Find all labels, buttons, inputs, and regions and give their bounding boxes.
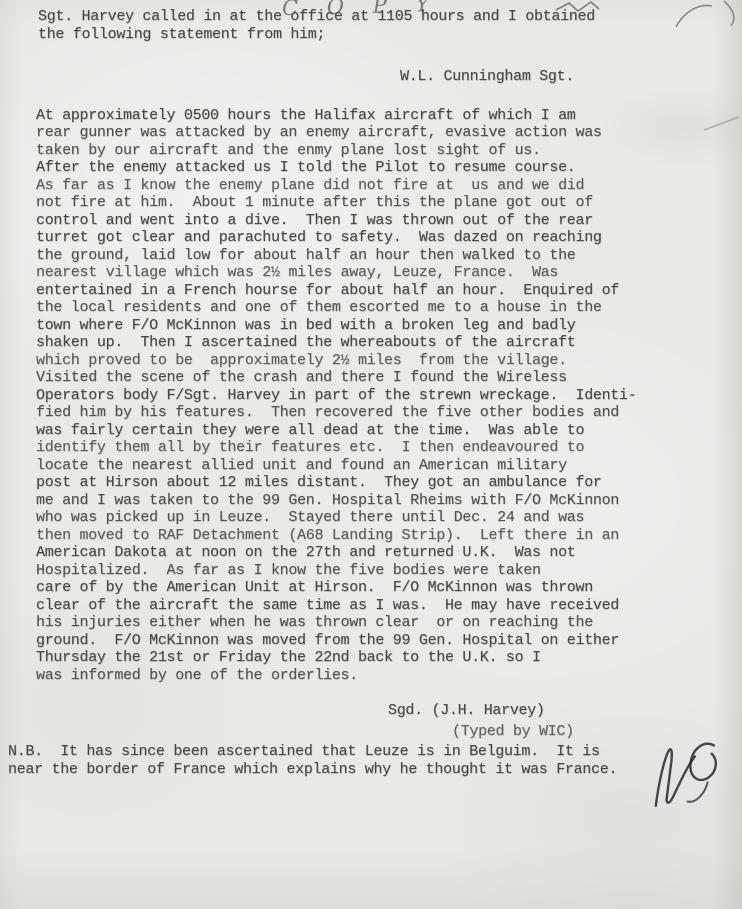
text-line: me and I was taken to the 99 Gen. Hospit… bbox=[36, 492, 742, 510]
text-line: taken by our aircraft and the enmy plane… bbox=[36, 142, 742, 160]
text-line: fied him by his features. Then recovered… bbox=[36, 404, 742, 422]
text-line: Visited the scene of the crash and there… bbox=[36, 369, 742, 387]
document-page: C O P Y Sgt. Harvey called in at the off… bbox=[0, 0, 742, 909]
text-line: was fairly certain they were all dead at… bbox=[36, 422, 742, 440]
text-line: Thursday the 21st or Friday the 22nd bac… bbox=[36, 649, 742, 667]
text-line: his injuries either when he was thrown c… bbox=[36, 614, 742, 632]
text-line: was informed by one of the orderlies. bbox=[36, 667, 742, 685]
text-line: shaken up. Then I ascertained the wherea… bbox=[36, 334, 742, 352]
text-line: who was picked up in Leuze. Stayed there… bbox=[36, 509, 742, 527]
intro-paragraph: Sgt. Harvey called in at the office at 1… bbox=[0, 0, 742, 43]
text-line: locate the nearest allied unit and found… bbox=[36, 457, 742, 475]
text-line: Hospitalized. As far as I know the five … bbox=[36, 562, 742, 580]
text-line: ground. F/O McKinnon was moved from the … bbox=[36, 632, 742, 650]
text-line: Sgt. Harvey called in at the office at 1… bbox=[38, 8, 742, 26]
text-line: rear gunner was attacked by an enemy air… bbox=[36, 124, 742, 142]
document-text: Sgt. Harvey called in at the office at 1… bbox=[0, 0, 742, 909]
text-line: post at Hirson about 12 miles distant. T… bbox=[36, 474, 742, 492]
text-line: the local residents and one of them esco… bbox=[36, 299, 742, 317]
text-line: entertained in a French hourse for about… bbox=[36, 282, 742, 300]
text-line: turret got clear and parachuted to safet… bbox=[36, 229, 742, 247]
text-line: American Dakota at noon on the 27th and … bbox=[36, 544, 742, 562]
attribution-line: W.L. Cunningham Sgt. bbox=[400, 68, 742, 86]
handwritten-initials bbox=[641, 733, 741, 820]
text-line: N.B. It has since been ascertained that … bbox=[8, 743, 742, 761]
text-line: At approximately 0500 hours the Halifax … bbox=[36, 107, 742, 125]
text-line: then moved to RAF Detachment (A68 Landin… bbox=[36, 527, 742, 545]
text-line: After the enemy attacked us I told the P… bbox=[36, 159, 742, 177]
text-line: town where F/O McKinnon was in bed with … bbox=[36, 317, 742, 335]
text-line: clear of the aircraft the same time as I… bbox=[36, 597, 742, 615]
text-line: nearest village which was 2½ miles away,… bbox=[36, 264, 742, 282]
text-line: care of by the American Unit at Hirson. … bbox=[36, 579, 742, 597]
text-line: the ground, laid low for about half an h… bbox=[36, 247, 742, 265]
postscript: N.B. It has since been ascertained that … bbox=[0, 743, 742, 778]
text-line: identify them all by their features etc.… bbox=[36, 439, 742, 457]
signature-line: Sgd. (J.H. Harvey) bbox=[388, 702, 742, 720]
text-line: not fire at him. About 1 minute after th… bbox=[36, 194, 742, 212]
text-line: near the border of France which explains… bbox=[8, 761, 742, 779]
statement-body: At approximately 0500 hours the Halifax … bbox=[0, 107, 742, 685]
text-line: As far as I know the enemy plane did not… bbox=[36, 177, 742, 195]
text-line: the following statement from him; bbox=[38, 26, 742, 44]
text-line: control and went into a dive. Then I was… bbox=[36, 212, 742, 230]
text-line: Operators body F/Sgt. Harvey in part of … bbox=[36, 387, 742, 405]
text-line: which proved to be approximately 2½ mile… bbox=[36, 352, 742, 370]
